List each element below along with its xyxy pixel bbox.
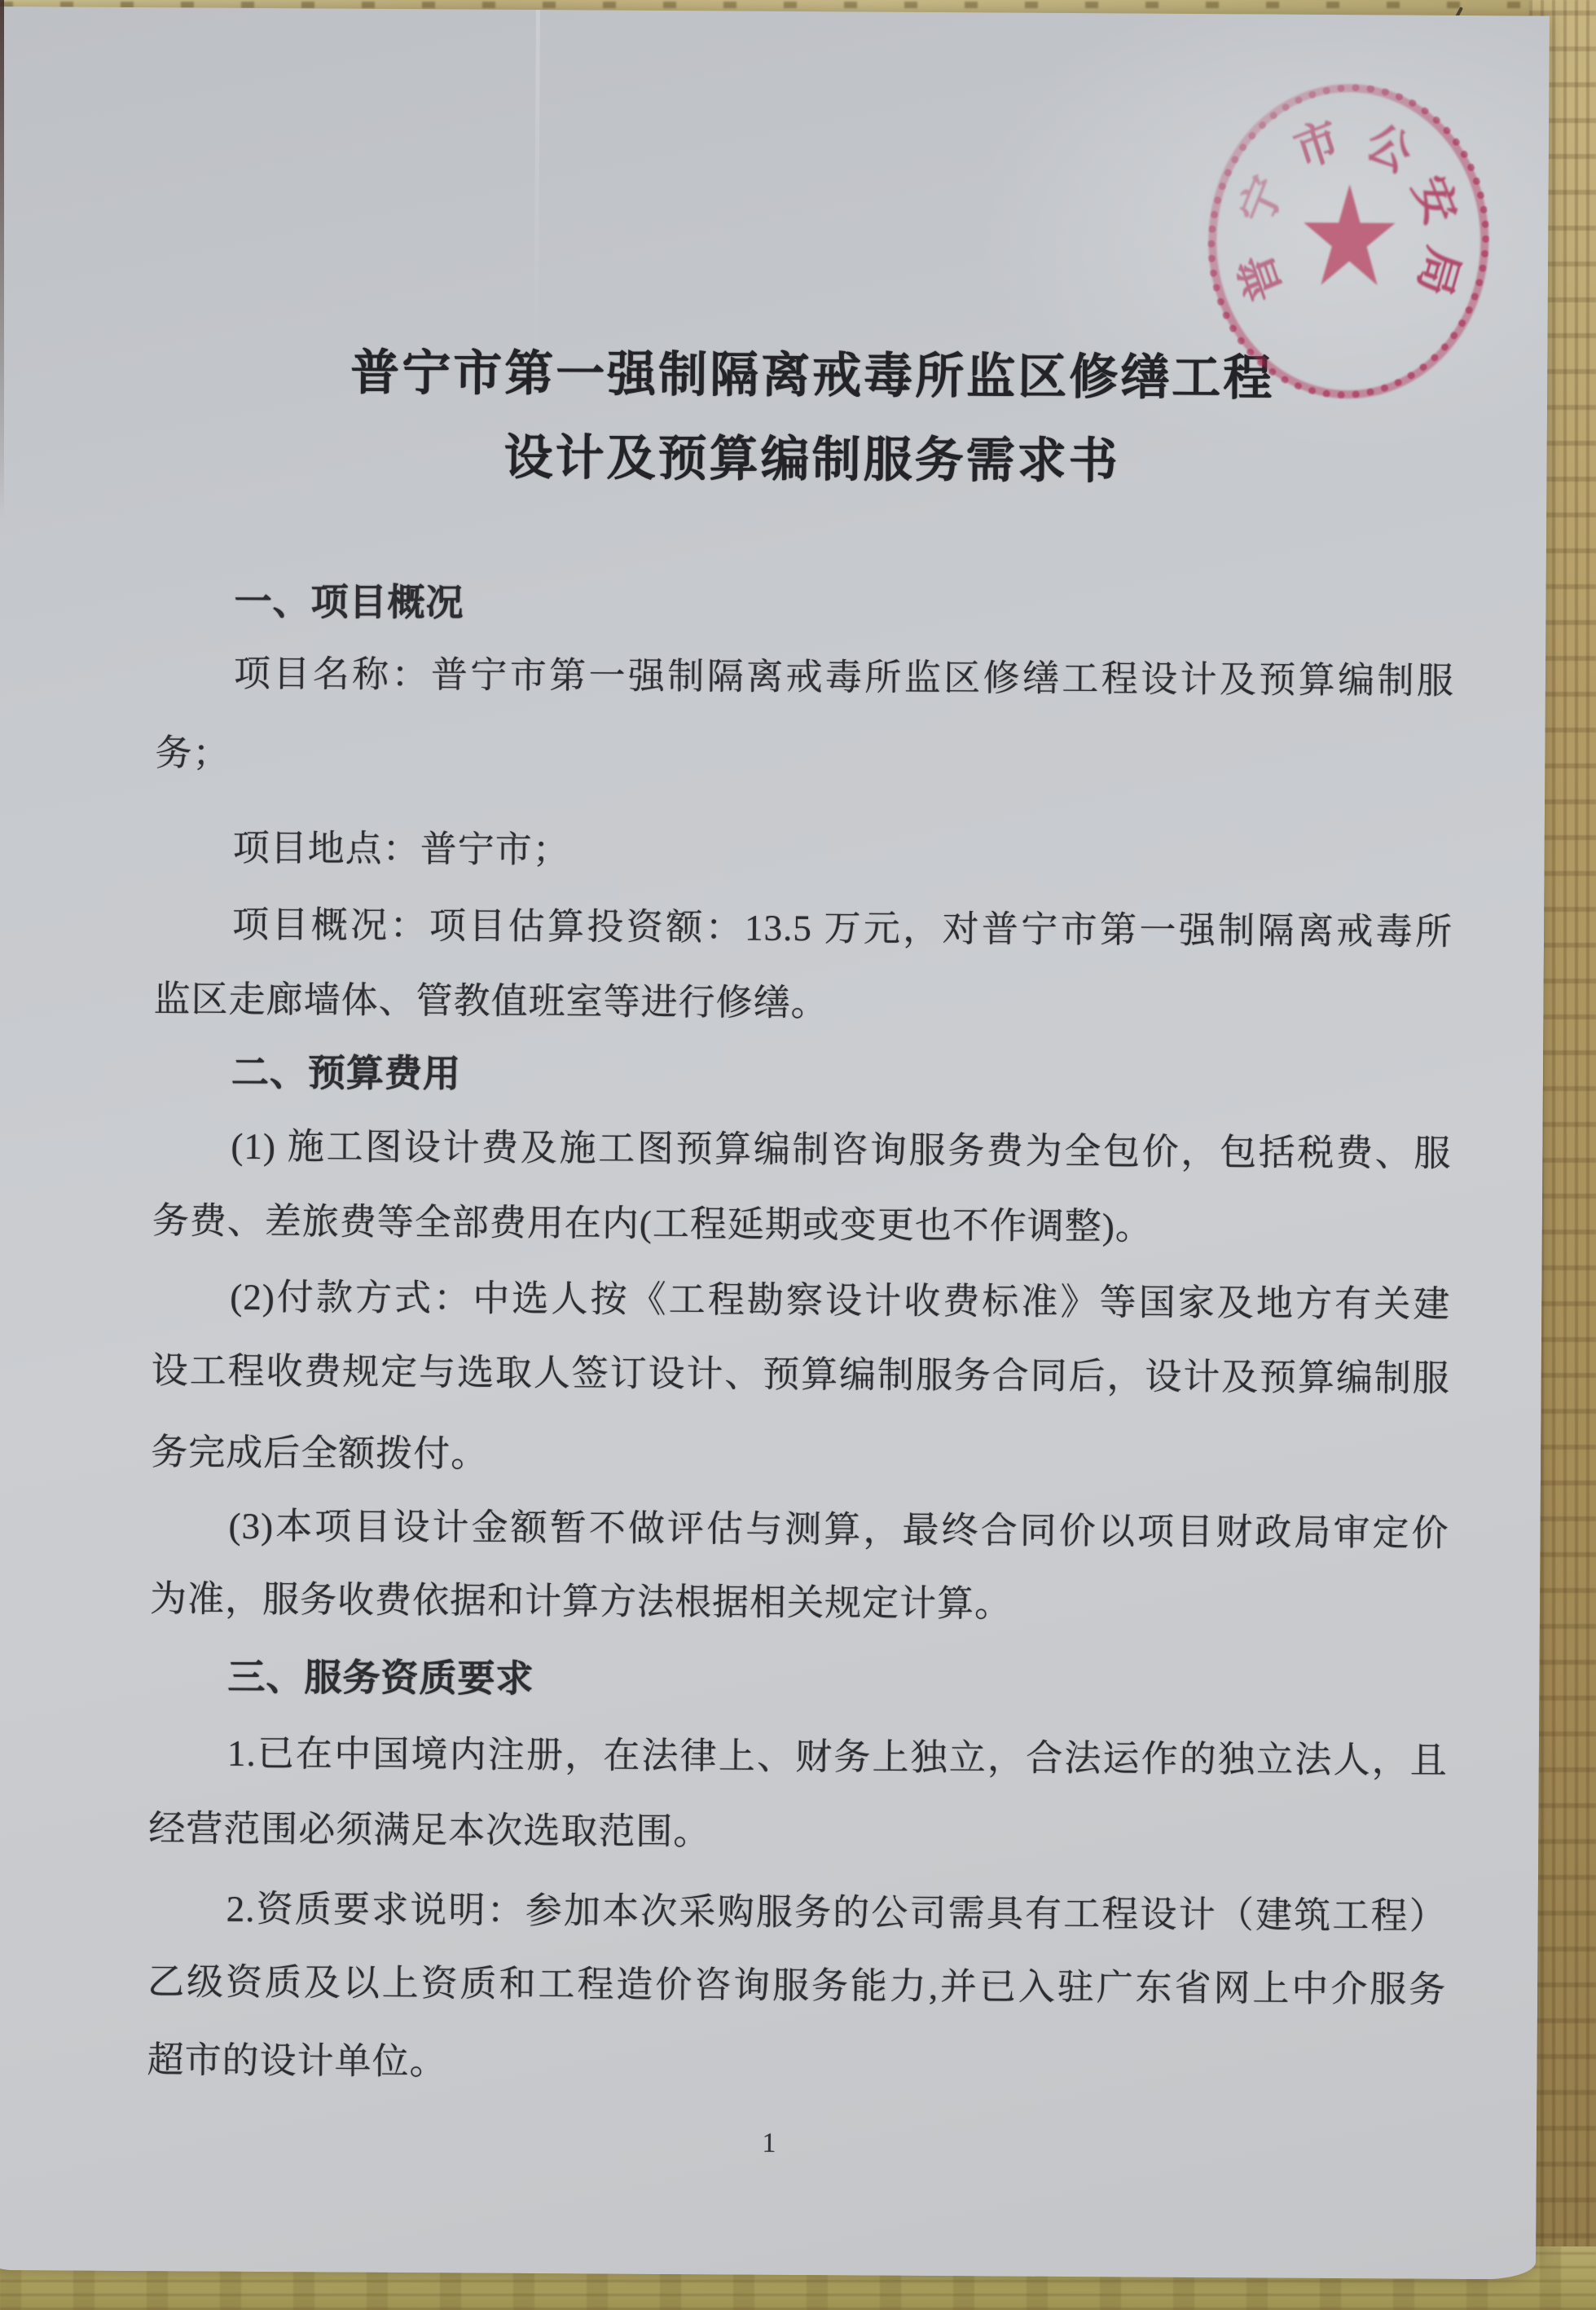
body-line: 项目地点：普宁市；: [233, 818, 570, 873]
body-line: 设工程收费规定与选取人签订设计、预算编制服务合同后，设计及预算编制服: [152, 1340, 1450, 1401]
body-line: 超市的设计单位。: [147, 2030, 446, 2084]
body-line: 监区走廊墙体、管教值班室等进行修缮。: [153, 969, 828, 1026]
section-heading: 三、服务资质要求: [227, 1648, 534, 1703]
red-star-icon: [1301, 184, 1398, 291]
body-line: 乙级资质及以上资质和工程造价咨询服务能力,并已入驻广东省网上中介服务: [147, 1951, 1446, 2013]
paper-sheet: 普宁市第一强制隔离戒毒所监区修缮工程 设计及预算编制服务需求书 一、项目概况 项…: [0, 7, 1550, 2280]
body-line: (1) 施工图设计费及施工图预算编制咨询服务费为全包价，包括税费、服: [231, 1116, 1451, 1177]
section-heading: 二、预算费用: [231, 1043, 461, 1098]
paper-crease: [534, 10, 540, 360]
photo-edge-shadow: [0, 0, 4, 521]
body-line: 项目名称：普宁市第一强制隔离戒毒所监区修缮工程设计及预算编制服: [234, 644, 1454, 704]
body-line: 项目概况：项目估算投资额：13.5 万元，对普宁市第一强制隔离戒毒所: [232, 895, 1453, 955]
page-number: 1: [745, 2128, 794, 2159]
body-line: (2)付款方式：中选人按《工程勘察设计收费标准》等国家及地方有关建: [230, 1267, 1450, 1327]
body-line: 务费、差旅费等全部费用在内(工程延期或变更也不作调整)。: [152, 1190, 1153, 1250]
document-title-line2: 设计及预算编制服务需求书: [192, 416, 1431, 494]
body-line: 2.资质要求说明：参加本次采购服务的公司需具有工程设计（建筑工程）: [226, 1879, 1447, 1939]
body-line: 为准，服务收费依据和计算方法根据相关规定计算。: [150, 1569, 1012, 1626]
body-line: 务完成后全额拨付。: [151, 1422, 488, 1477]
body-line: 务；: [155, 723, 230, 777]
body-line: 经营范围必须满足本次选取范围。: [148, 1798, 710, 1855]
body-line: (3)本项目设计金额暂不做评估与测算，最终合同价以项目财政局审定价: [228, 1496, 1449, 1556]
section-heading: 一、项目概况: [234, 572, 464, 627]
document-photo: 普宁市第一强制隔离戒毒所监区修缮工程 设计及预算编制服务需求书 一、项目概况 项…: [0, 0, 1596, 2310]
body-line: 1.已在中国境内注册，在法律上、财务上独立，合法运作的独立法人，且: [227, 1723, 1448, 1784]
